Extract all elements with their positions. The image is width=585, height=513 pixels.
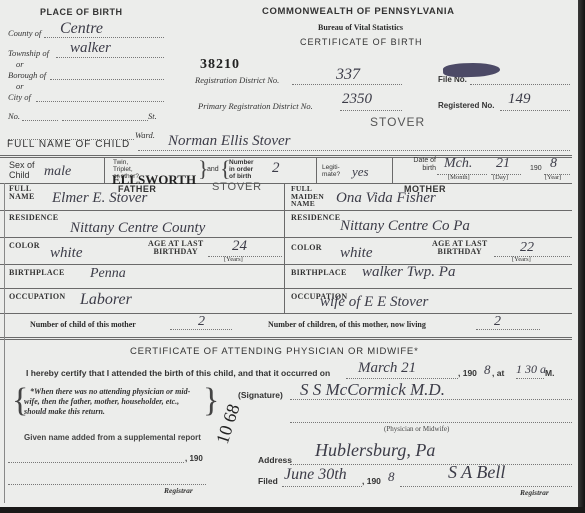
column-divider bbox=[284, 183, 285, 288]
ward-label: Ward. bbox=[135, 130, 155, 140]
father-age-label: AGE AT LAST BIRTHDAY bbox=[148, 240, 203, 256]
father-residence-label: RESIDENCE bbox=[9, 213, 58, 222]
certify-text: I hereby certify that I attended the bir… bbox=[26, 368, 330, 378]
borough-line bbox=[50, 79, 164, 80]
mother-color-label: COLOR bbox=[291, 243, 322, 252]
physician-caption: (Physician or Midwife) bbox=[384, 425, 449, 433]
sex-label: Sex of Child bbox=[9, 160, 35, 180]
physician-name-line bbox=[290, 422, 572, 423]
divider bbox=[0, 313, 572, 314]
dob-label-line: Date of bbox=[398, 157, 436, 165]
child-name-correction: STOVER bbox=[370, 115, 425, 129]
redacted-file-number bbox=[443, 62, 500, 78]
order-label-line: in order bbox=[229, 166, 254, 173]
city-label: City of bbox=[8, 92, 31, 102]
mother-full-name-label: FULL MAIDEN NAME bbox=[291, 185, 324, 208]
father-age-value: 24 bbox=[232, 238, 247, 255]
certificate-number: 38210 bbox=[200, 57, 240, 73]
divider bbox=[0, 210, 284, 211]
mother-residence-label: RESIDENCE bbox=[291, 213, 340, 222]
date-of-birth-label: Date of birth bbox=[398, 157, 436, 172]
footnote-line: should make this return. bbox=[24, 407, 190, 417]
occurred-year-value: 8 bbox=[484, 362, 491, 378]
supplemental-date-line bbox=[8, 462, 184, 463]
physician-signature: S S McCormick M.D. bbox=[300, 380, 445, 400]
footnote: *When there was no attending physician o… bbox=[24, 387, 190, 417]
month-caption: [Month] bbox=[448, 174, 470, 181]
address-label: Address bbox=[258, 455, 292, 465]
column-divider bbox=[284, 288, 285, 314]
mother-age-line bbox=[494, 256, 570, 257]
divider bbox=[316, 157, 317, 183]
dob-year-value: 8 bbox=[550, 156, 557, 172]
divider bbox=[284, 210, 572, 211]
time-line bbox=[516, 378, 544, 379]
primary-district-value: 2350 bbox=[342, 91, 372, 108]
child-full-name-value: Norman Ellis Stover bbox=[168, 133, 291, 150]
supplemental-label: Given name added from a supplemental rep… bbox=[24, 433, 201, 442]
address-value: Hublersburg, Pa bbox=[315, 440, 435, 461]
legitimate-label: Legiti- mate? bbox=[322, 164, 340, 178]
mother-occupation-value: wife of E E Stover bbox=[320, 294, 428, 311]
physician-heading: CERTIFICATE OF ATTENDING PHYSICIAN OR MI… bbox=[130, 346, 419, 357]
filed-year-value: 8 bbox=[388, 469, 395, 485]
birth-order-value: 2 bbox=[272, 160, 280, 177]
page-edge-shadow bbox=[578, 0, 585, 513]
at-label: , at bbox=[492, 368, 504, 378]
mother-age-label-line: BIRTHDAY bbox=[432, 248, 487, 256]
child-of-mother-label: Number of child of this mother bbox=[30, 320, 136, 329]
number-line bbox=[22, 120, 58, 121]
street-line bbox=[62, 120, 148, 121]
township-value: walker bbox=[70, 40, 111, 57]
mother-age-label: AGE AT LAST BIRTHDAY bbox=[432, 240, 487, 256]
divider bbox=[0, 183, 572, 184]
occurred-date-line bbox=[346, 378, 458, 379]
father-age-line bbox=[208, 256, 282, 257]
dob-month-value: Mch. bbox=[444, 156, 472, 172]
order-label-line: of birth bbox=[229, 173, 254, 180]
occurred-year-prefix: , 190 bbox=[458, 368, 477, 378]
mother-years-caption: [Years] bbox=[512, 256, 531, 263]
place-of-birth-heading: PLACE OF BIRTH bbox=[40, 7, 123, 17]
commonwealth-title: COMMONWEALTH OF PENNSYLVANIA bbox=[262, 6, 455, 17]
father-color-label: COLOR bbox=[9, 241, 40, 250]
divider bbox=[392, 157, 393, 183]
divider bbox=[284, 237, 572, 238]
father-residence-value: Nittany Centre County bbox=[70, 220, 205, 237]
divider bbox=[0, 155, 572, 156]
brace-icon: } bbox=[203, 384, 219, 418]
dob-day-value: 21 bbox=[496, 156, 510, 172]
supplemental-registrar-label: Registrar bbox=[164, 486, 193, 495]
mother-birthplace-label: BIRTHPLACE bbox=[291, 268, 347, 277]
supplemental-year-prefix: , 190 bbox=[185, 454, 203, 463]
legit-label-line: mate? bbox=[322, 171, 340, 178]
father-full-name-label: FULL NAME bbox=[9, 185, 35, 201]
registered-no-line bbox=[500, 110, 570, 111]
divider bbox=[104, 157, 105, 183]
mother-name-label-line: NAME bbox=[291, 200, 324, 208]
primary-district-line bbox=[340, 110, 402, 111]
filed-date-line bbox=[282, 486, 362, 487]
township-label: Township of bbox=[8, 48, 49, 58]
left-margin-rule bbox=[4, 183, 5, 503]
child-full-name-label: FULL NAME OF CHILD bbox=[7, 139, 130, 150]
primary-district-label: Primary Registration District No. bbox=[198, 101, 313, 111]
occurred-date-value: March 21 bbox=[358, 360, 416, 377]
divider bbox=[0, 157, 572, 158]
township-line bbox=[56, 57, 164, 58]
father-color-value: white bbox=[50, 245, 83, 262]
legitimate-value: yes bbox=[352, 164, 369, 180]
order-label-line: Number bbox=[229, 159, 254, 166]
city-line bbox=[36, 101, 164, 102]
street-label: St. bbox=[148, 111, 157, 121]
signature-label: (Signature) bbox=[238, 390, 283, 400]
mother-full-name-value: Ona Vida Fisher bbox=[336, 190, 436, 207]
child-full-name-line bbox=[138, 150, 570, 151]
dob-label-line: birth bbox=[398, 165, 436, 173]
registrar-signature-line bbox=[400, 486, 572, 487]
divider bbox=[0, 288, 572, 289]
filed-date-value: June 30th bbox=[284, 466, 347, 484]
borough-label: Borough of bbox=[8, 70, 46, 80]
legit-label-line: Legiti- bbox=[322, 164, 340, 171]
father-name-label-line: NAME bbox=[9, 193, 35, 201]
mother-residence-value: Nittany Centre Co Pa bbox=[340, 218, 470, 235]
children-living-line bbox=[476, 329, 540, 330]
filed-label: Filed bbox=[258, 476, 278, 486]
children-living-label: Number of children, of this mother, now … bbox=[268, 320, 426, 329]
footnote-line: wife, then the father, mother, household… bbox=[24, 397, 190, 407]
divider bbox=[0, 264, 284, 265]
sex-value: male bbox=[44, 164, 71, 180]
certificate-title: CERTIFICATE OF BIRTH bbox=[300, 37, 423, 47]
birth-certificate-page: PLACE OF BIRTH County of Centre Township… bbox=[0, 0, 578, 507]
mother-age-value: 22 bbox=[520, 240, 534, 256]
registered-no-value: 149 bbox=[508, 91, 531, 108]
footnote-line: *When there was no attending physician o… bbox=[24, 387, 190, 397]
mother-birthplace-value: walker Twp. Pa bbox=[362, 264, 455, 281]
father-full-name-value: Elmer E. Stover bbox=[52, 190, 147, 207]
father-birthplace-label: BIRTHPLACE bbox=[9, 268, 65, 277]
father-occupation-value: Laborer bbox=[80, 291, 132, 309]
registration-district-label: Registration District No. bbox=[195, 75, 279, 85]
twin-label-line: Twin, bbox=[113, 159, 139, 166]
supplemental-registrar-line bbox=[8, 484, 206, 485]
number-label: No. bbox=[8, 111, 20, 121]
county-value: Centre bbox=[60, 20, 103, 38]
child-of-mother-value: 2 bbox=[198, 314, 205, 330]
filed-year-prefix: , 190 bbox=[362, 476, 381, 486]
father-birthplace-value: Penna bbox=[90, 266, 126, 282]
registrar-label: Registrar bbox=[520, 488, 549, 497]
year-caption: [Year] bbox=[545, 174, 561, 181]
page-edge-shadow bbox=[0, 507, 585, 513]
divider bbox=[0, 337, 572, 338]
or-label-2: or bbox=[16, 81, 24, 91]
day-caption: [Day] bbox=[493, 174, 508, 181]
father-years-caption: [Years] bbox=[224, 256, 243, 263]
file-no-line bbox=[470, 84, 570, 85]
am-label: M. bbox=[545, 368, 554, 378]
mother-color-value: white bbox=[340, 245, 373, 262]
father-occupation-label: OCCUPATION bbox=[9, 292, 65, 301]
children-living-value: 2 bbox=[494, 314, 501, 330]
birth-order-label: Number in order of birth bbox=[229, 159, 254, 180]
county-label: County of bbox=[8, 28, 41, 38]
dob-year-prefix: 190 bbox=[530, 165, 542, 172]
divider bbox=[0, 339, 572, 340]
time-value: 1 30 a bbox=[516, 362, 546, 377]
address-line bbox=[290, 464, 572, 465]
and-label: and bbox=[207, 166, 219, 173]
registration-district-value: 337 bbox=[336, 66, 360, 84]
bureau-title: Bureau of Vital Statistics bbox=[318, 23, 403, 32]
registered-no-label: Registered No. bbox=[438, 101, 494, 110]
father-middle-name-annotation: ELLSWORTH bbox=[112, 172, 196, 188]
father-surname-annotation: STOVER bbox=[212, 181, 262, 193]
or-label-1: or bbox=[16, 59, 24, 69]
sex-label-line: Child bbox=[9, 170, 35, 180]
registration-district-line bbox=[292, 84, 402, 85]
father-age-label-line: BIRTHDAY bbox=[148, 248, 203, 256]
registrar-signature: S A Bell bbox=[448, 462, 505, 483]
sex-label-line: Sex of bbox=[9, 160, 35, 170]
